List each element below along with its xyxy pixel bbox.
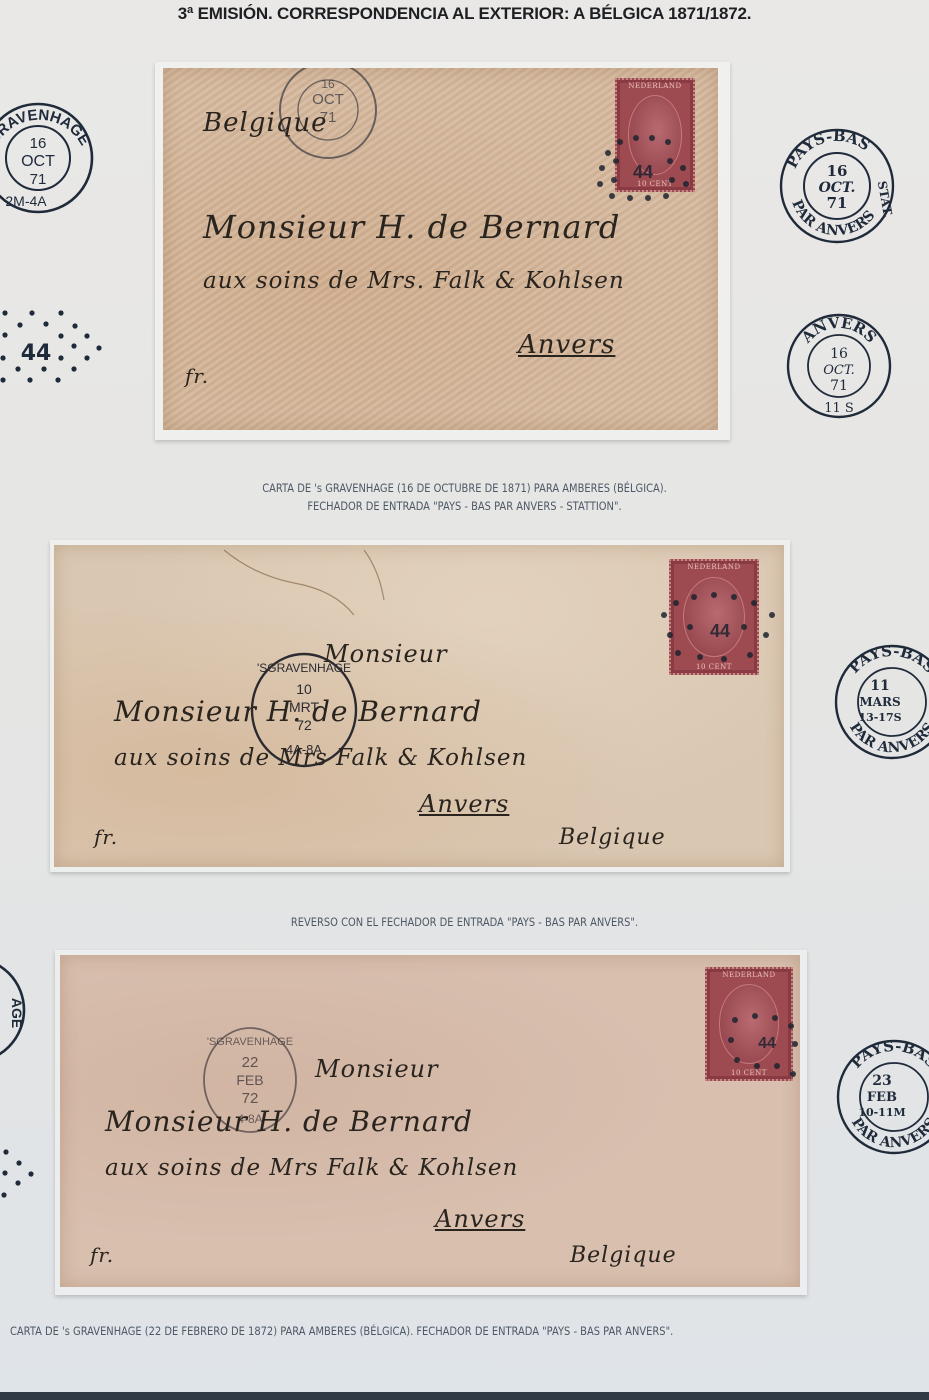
margin-dot-cancel-44: 44 [0, 305, 110, 390]
dot-cancel-2: 44 [654, 585, 784, 675]
address-care-of: aux soins de Mrs. Falk & Kohlsen [203, 268, 625, 294]
address-city: Anvers [419, 790, 509, 818]
svg-text:16: 16 [830, 346, 848, 362]
address-salutation: Monsieur [324, 640, 448, 668]
svg-text:FEB: FEB [867, 1090, 897, 1105]
margin-postmark-anvers: ANVERS 16 OCT. 71 11 S [785, 312, 893, 420]
margin-postmark-pays-bas-feb: PAYS-BAS PAR ANVERS 23 FEB 10-11M [834, 1035, 929, 1155]
svg-text:16: 16 [827, 162, 848, 180]
dot-cancel-3: 44 [715, 1000, 800, 1090]
svg-text:OCT.: OCT. [823, 363, 855, 378]
address-name: Monsieur H. de Bernard [105, 1105, 473, 1138]
margin-postmark-pays-bas-mars: PAYS-BAS PAR ANVERS 11 MARS 13-17S [832, 640, 929, 760]
address-country: Belgique [559, 825, 666, 850]
svg-text:OCT: OCT [21, 153, 55, 170]
address-franco: fr. [90, 1243, 114, 1267]
address-care-of: aux soins de Mrs Falk & Kohlsen [114, 745, 527, 771]
margin-postmark-pays-bas-stat: PAYS-BAS PAR ANVERS STAT. 16 OCT. 71 [778, 122, 896, 250]
margin-postmark-partial-age: AGE [0, 955, 30, 1070]
address-name: Monsieur H. de Bernard [203, 208, 620, 246]
svg-text:22: 22 [242, 1054, 259, 1071]
address-name: Monsieur H. de Bernard [114, 695, 482, 728]
cover-3: 'SGRAVENHAGE 22 FEB 72 4-8A Monsieur Mon… [60, 955, 800, 1287]
address-city: Anvers [518, 330, 615, 360]
page-title: 3ª EMISIÓN. CORRESPONDENCIA AL EXTERIOR:… [0, 4, 929, 24]
address-franco: fr. [185, 364, 209, 388]
svg-text:FEB: FEB [236, 1072, 263, 1088]
svg-text:ANVERS: ANVERS [797, 314, 880, 347]
svg-text:PAYS-BAS: PAYS-BAS [845, 642, 929, 677]
cover-2: 10 MRT 72 4A-8A 'SGRAVENHAGE Monsieur Mo… [54, 545, 784, 867]
svg-text:11 S: 11 S [824, 401, 854, 416]
svg-text:13-17S: 13-17S [858, 711, 901, 724]
svg-text:2M-4A: 2M-4A [5, 193, 47, 209]
svg-text:PAR ANVERS: PAR ANVERS [848, 1115, 929, 1151]
address-city: Anvers [435, 1205, 525, 1233]
svg-text:44: 44 [710, 621, 730, 641]
address-care-of: aux soins de Mrs Falk & Kohlsen [105, 1155, 518, 1181]
svg-text:'SGRAVENHAGE: 'SGRAVENHAGE [207, 1036, 293, 1048]
svg-text:44: 44 [633, 162, 653, 182]
svg-text:OCT: OCT [312, 91, 344, 108]
address-salutation: Monsieur [315, 1055, 439, 1083]
margin-postmark-gravenhage: GRAVENHAGE 16 OCT 71 2M-4A [0, 100, 95, 200]
svg-text:16: 16 [321, 77, 335, 91]
svg-text:16: 16 [30, 135, 47, 152]
cover-1-caption-line-1: CARTA DE 's GRAVENHAGE (16 DE OCTUBRE DE… [65, 479, 864, 497]
svg-text:23: 23 [872, 1073, 891, 1089]
page-bottom-edge [0, 1392, 929, 1400]
address-franco: fr. [94, 825, 118, 849]
address-country: Belgique [570, 1243, 677, 1268]
cover-3-caption: CARTA DE 's GRAVENHAGE (22 DE FEBRERO DE… [10, 1322, 929, 1340]
svg-text:44: 44 [758, 1035, 776, 1052]
cover-1: OCT 71 16 Belgique Monsieur H. de Bernar… [163, 68, 718, 430]
svg-text:10-11M: 10-11M [858, 1106, 905, 1119]
svg-text:AGE: AGE [9, 998, 25, 1028]
svg-text:71: 71 [30, 171, 47, 188]
svg-text:71: 71 [827, 194, 848, 212]
svg-text:44: 44 [21, 341, 52, 366]
address-country: Belgique [203, 108, 328, 138]
svg-text:MARS: MARS [859, 695, 900, 709]
margin-dot-cancel-partial [0, 1148, 40, 1203]
cover-2-caption: REVERSO CON EL FECHADOR DE ENTRADA "PAYS… [65, 913, 864, 931]
dot-cancel-1: 44 [588, 128, 698, 208]
svg-text:11: 11 [870, 678, 889, 694]
cover-1-caption-line-2: FECHADOR DE ENTRADA "PAYS - BAS PAR ANVE… [65, 497, 864, 515]
svg-text:71: 71 [830, 378, 848, 394]
tear-lines [214, 545, 514, 625]
